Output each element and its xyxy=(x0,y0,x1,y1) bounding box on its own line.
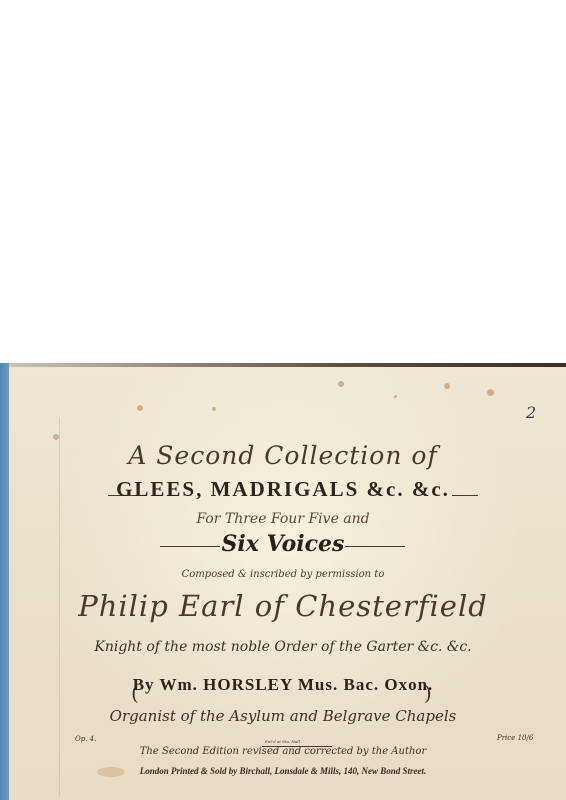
title-line-six-voices: Six Voices xyxy=(0,531,566,557)
dedicatee-title: Knight of the most noble Order of the Ga… xyxy=(0,639,566,655)
author-line: By Wm. HORSLEY Mus. Bac. Oxon. xyxy=(0,675,566,695)
foxing-spot xyxy=(212,407,216,411)
title-line-collection: A Second Collection of xyxy=(0,441,566,470)
foxing-spot xyxy=(487,389,494,396)
dedicatee-name: Philip Earl of Chesterfield xyxy=(0,589,566,623)
edition-note: The Second Edition revised and corrected… xyxy=(0,746,566,757)
foxing-spot xyxy=(53,434,59,440)
scanned-title-page: 2 A Second Collection of GLEES, MADRIGAL… xyxy=(0,363,566,800)
publisher-imprint: London Printed & Sold by Birchall, Lonsd… xyxy=(0,766,566,776)
flourish-right xyxy=(452,495,478,496)
entered-at-stationers-hall: Ent'd at Sta. Hall. xyxy=(0,739,566,744)
title-line-voices-count: For Three Four Five and xyxy=(0,511,566,527)
title-line-glees: GLEES, MADRIGALS &c. &c. xyxy=(0,477,566,502)
author-position: Organist of the Asylum and Belgrave Chap… xyxy=(0,707,566,725)
foxing-spot xyxy=(394,395,397,398)
handwritten-page-number: 2 xyxy=(526,403,536,422)
blank-page-area xyxy=(0,0,566,363)
dedication-intro: Composed & inscribed by permission to xyxy=(0,569,566,580)
foxing-spot xyxy=(338,381,344,387)
foxing-spot xyxy=(137,405,143,411)
bracket-right: ) xyxy=(424,681,432,705)
foxing-spot xyxy=(444,383,450,389)
flourish-right xyxy=(345,546,405,547)
scan-background-strip xyxy=(0,363,9,800)
